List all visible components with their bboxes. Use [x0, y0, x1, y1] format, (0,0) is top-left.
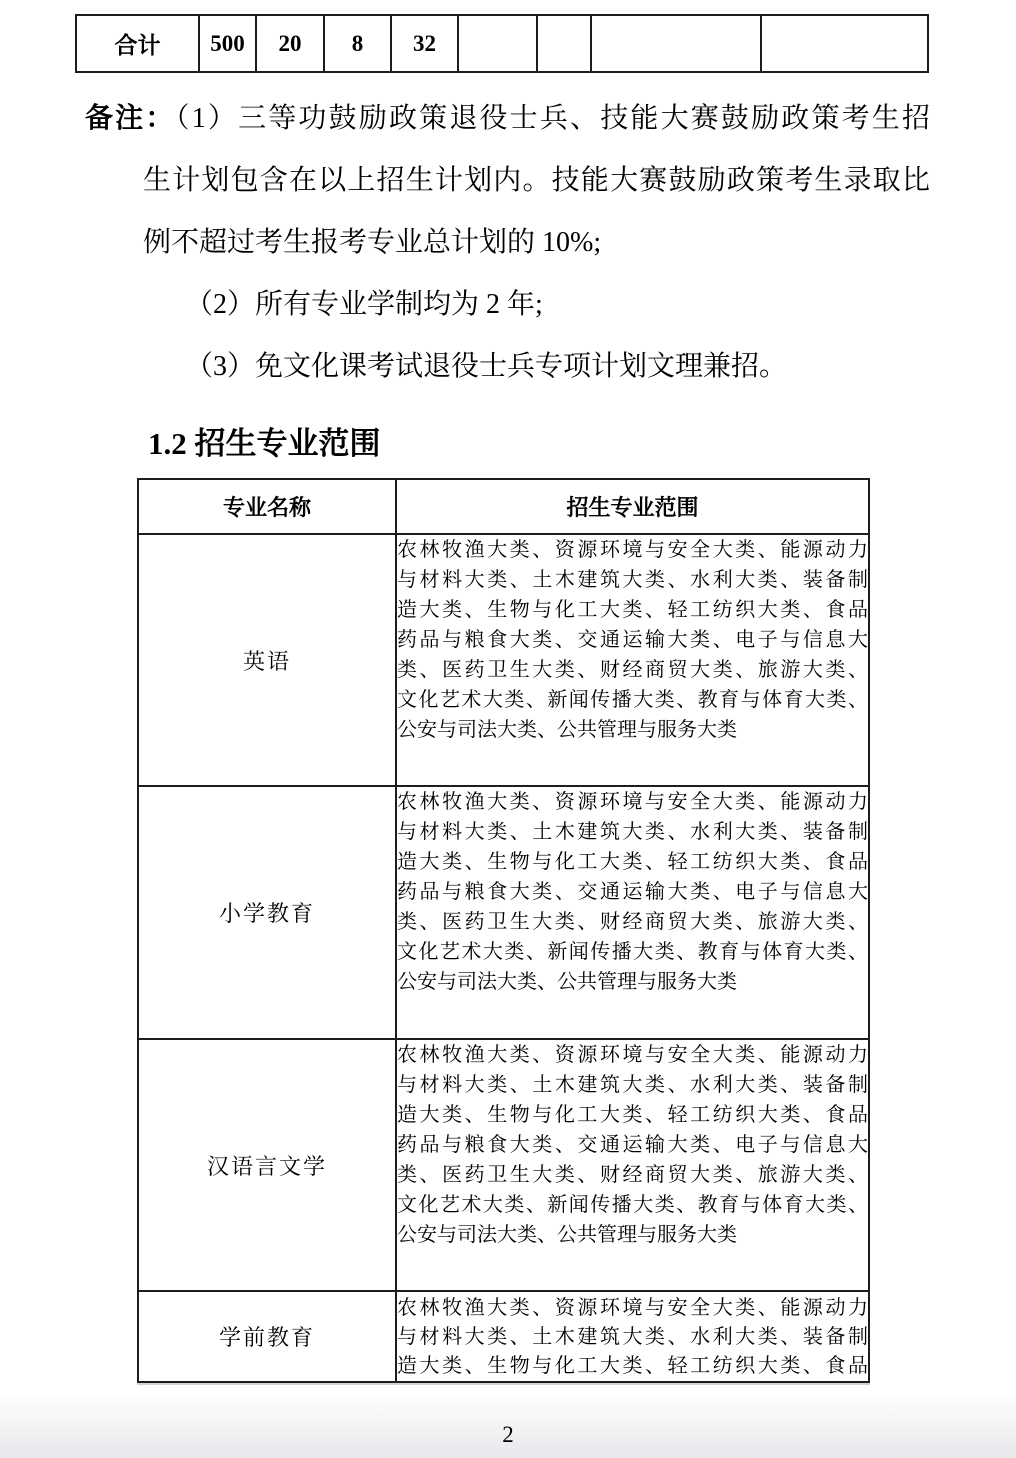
notes-block: 备注：（1）三等功鼓励政策退役士兵、技能大赛鼓励政策考生招 生计划包含在以上招生… [85, 88, 930, 398]
scope-line: 类、医药卫生大类、财经商贸大类、旅游大类、 [397, 1160, 868, 1190]
scope-line: 与材料大类、土木建筑大类、水利大类、装备制 [397, 1070, 868, 1100]
note-1-line-3: 例不超过考生报考专业总计划的 10%; [143, 212, 930, 274]
summary-empty-cell [458, 15, 537, 72]
scope-line: 药品与粮食大类、交通运输大类、电子与信息大 [397, 625, 868, 655]
summary-total-value: 8 [324, 15, 391, 72]
major-row-preschool-education: 学前教育 农林牧渔大类、资源环境与安全大类、能源动力 与材料大类、土木建筑大类、… [138, 1291, 869, 1382]
major-name: 小学教育 [138, 786, 396, 1039]
major-name: 汉语言文学 [138, 1039, 396, 1291]
notes-label: 备注： [85, 103, 176, 134]
summary-empty-cell [591, 15, 761, 72]
major-scope: 农林牧渔大类、资源环境与安全大类、能源动力 与材料大类、土木建筑大类、水利大类、… [396, 1291, 869, 1382]
summary-total-row: 合计 500 20 8 32 [76, 15, 928, 72]
majors-header-scope: 招生专业范围 [396, 479, 869, 534]
section-heading: 1.2 招生专业范围 [148, 424, 381, 464]
major-scope: 农林牧渔大类、资源环境与安全大类、能源动力 与材料大类、土木建筑大类、水利大类、… [396, 1039, 869, 1291]
major-scope: 农林牧渔大类、资源环境与安全大类、能源动力 与材料大类、土木建筑大类、水利大类、… [396, 534, 869, 786]
major-scope: 农林牧渔大类、资源环境与安全大类、能源动力 与材料大类、土木建筑大类、水利大类、… [396, 786, 869, 1039]
scope-line: 与材料大类、土木建筑大类、水利大类、装备制 [397, 565, 868, 595]
scope-line: 造大类、生物与化工大类、轻工纺织大类、食品 [397, 595, 868, 625]
summary-total-value: 20 [256, 15, 324, 72]
scope-line: 农林牧渔大类、资源环境与安全大类、能源动力 [397, 1294, 868, 1323]
scope-line: 造大类、生物与化工大类、轻工纺织大类、食品 [397, 847, 868, 877]
scope-line: 造大类、生物与化工大类、轻工纺织大类、食品 [397, 1352, 868, 1381]
scope-line: 农林牧渔大类、资源环境与安全大类、能源动力 [397, 1040, 868, 1070]
major-row-chinese-literature: 汉语言文学 农林牧渔大类、资源环境与安全大类、能源动力 与材料大类、土木建筑大类… [138, 1039, 869, 1291]
page-number: 2 [0, 1420, 1016, 1450]
scope-line: 类、医药卫生大类、财经商贸大类、旅游大类、 [397, 655, 868, 685]
scope-line: 农林牧渔大类、资源环境与安全大类、能源动力 [397, 787, 868, 817]
scope-line: 农林牧渔大类、资源环境与安全大类、能源动力 [397, 535, 868, 565]
scope-line: 药品与粮食大类、交通运输大类、电子与信息大 [397, 877, 868, 907]
scope-line: 类、医药卫生大类、财经商贸大类、旅游大类、 [397, 907, 868, 937]
major-name: 英语 [138, 534, 396, 786]
summary-table: 合计 500 20 8 32 [75, 14, 929, 73]
note-2: （2）所有专业学制均为 2 年; [185, 274, 930, 336]
major-row-primary-education: 小学教育 农林牧渔大类、资源环境与安全大类、能源动力 与材料大类、土木建筑大类、… [138, 786, 869, 1039]
scope-line: 与材料大类、土木建筑大类、水利大类、装备制 [397, 817, 868, 847]
major-row-english: 英语 农林牧渔大类、资源环境与安全大类、能源动力 与材料大类、土木建筑大类、水利… [138, 534, 869, 786]
note-3: （3）免文化课考试退役士兵专项计划文理兼招。 [185, 336, 930, 398]
majors-header-row: 专业名称 招生专业范围 [138, 479, 869, 534]
scope-line: 公安与司法大类、公共管理与服务大类 [397, 715, 868, 745]
major-name: 学前教育 [138, 1291, 396, 1382]
scope-line: 造大类、生物与化工大类、轻工纺织大类、食品 [397, 1100, 868, 1130]
note-1-line-1: 备注：（1）三等功鼓励政策退役士兵、技能大赛鼓励政策考生招 [85, 88, 930, 150]
majors-table: 专业名称 招生专业范围 英语 农林牧渔大类、资源环境与安全大类、能源动力 与材料… [137, 478, 870, 1383]
scope-line: 与材料大类、土木建筑大类、水利大类、装备制 [397, 1323, 868, 1352]
summary-empty-cell [537, 15, 591, 72]
summary-total-value: 500 [199, 15, 256, 72]
scope-line: 文化艺术大类、新闻传播大类、教育与体育大类、 [397, 1190, 868, 1220]
scope-line: 药品与粮食大类、交通运输大类、电子与信息大 [397, 1130, 868, 1160]
summary-total-label: 合计 [76, 15, 199, 72]
summary-empty-cell [761, 15, 928, 72]
note-1-text: （1）三等功鼓励政策退役士兵、技能大赛鼓励政策考生招 [176, 103, 930, 134]
scope-line: 公安与司法大类、公共管理与服务大类 [397, 1220, 868, 1250]
scope-line: 文化艺术大类、新闻传播大类、教育与体育大类、 [397, 937, 868, 967]
majors-header-name: 专业名称 [138, 479, 396, 534]
scope-line: 文化艺术大类、新闻传播大类、教育与体育大类、 [397, 685, 868, 715]
summary-total-value: 32 [391, 15, 458, 72]
scope-line: 公安与司法大类、公共管理与服务大类 [397, 967, 868, 997]
note-1-line-2: 生计划包含在以上招生计划内。技能大赛鼓励政策考生录取比 [143, 150, 930, 212]
